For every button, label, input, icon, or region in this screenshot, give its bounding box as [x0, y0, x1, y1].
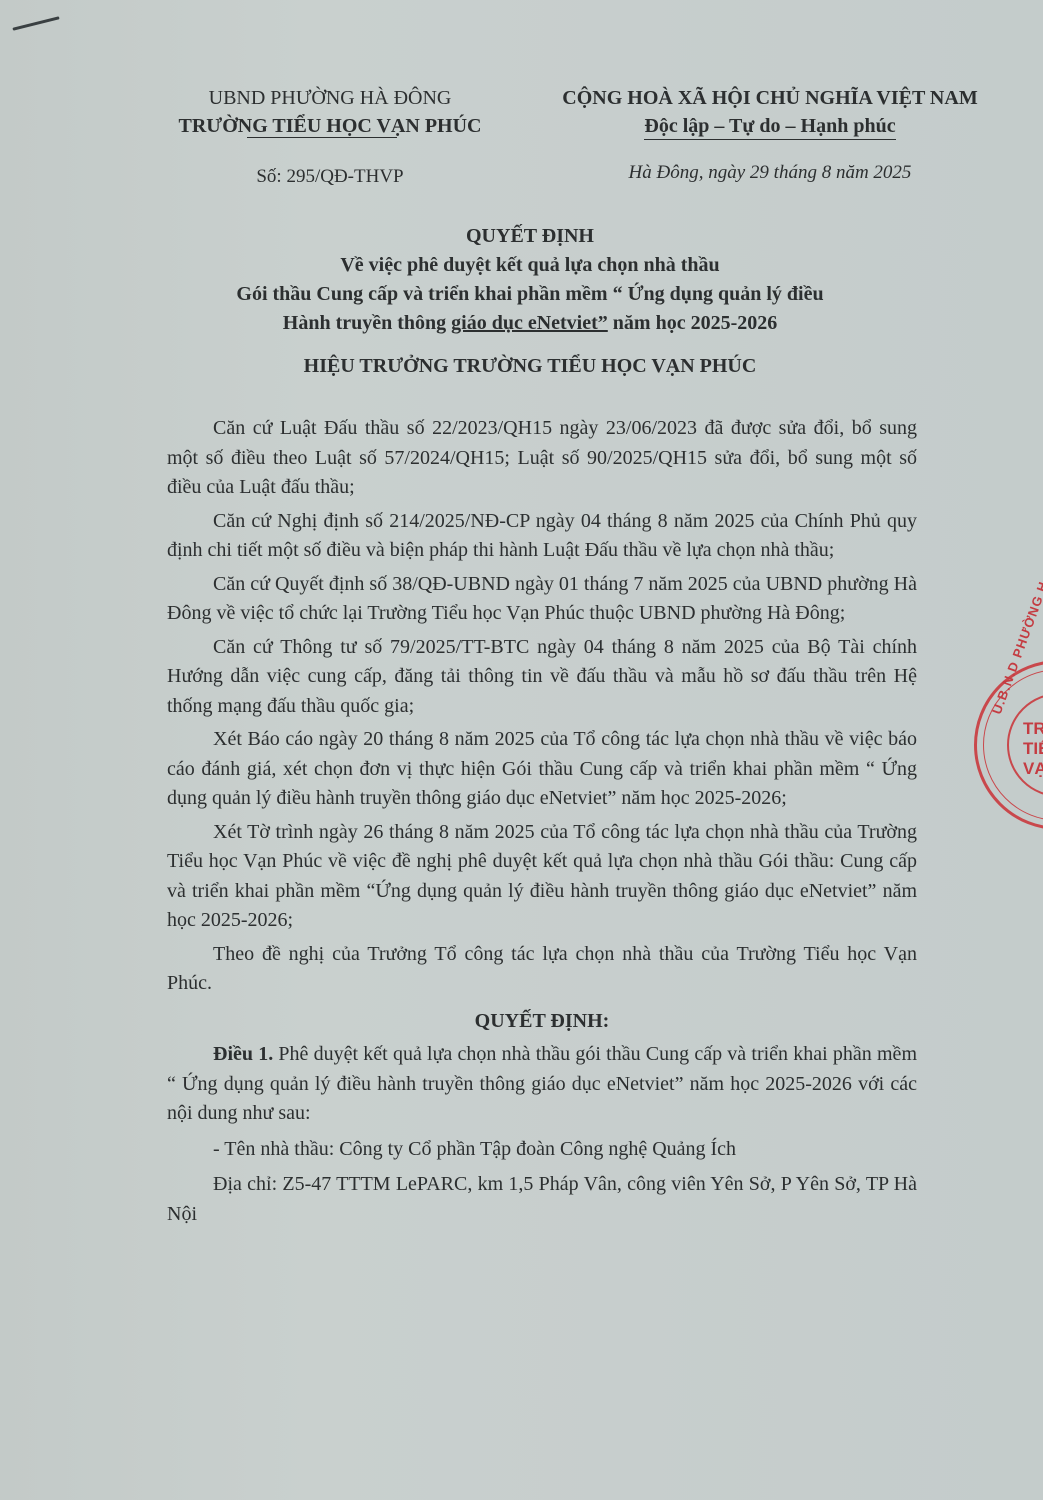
- stamp-line: TR: [1023, 719, 1043, 739]
- stamp-inner-text: TR TIẾ VẠ: [1023, 719, 1043, 779]
- legal-basis-paragraph: Căn cứ Quyết định số 38/QĐ-UBND ngày 01 …: [167, 570, 917, 629]
- issuing-authority-block: UBND PHƯỜNG HÀ ĐÔNG TRƯỜNG TIỂU HỌC VẠN …: [110, 84, 550, 191]
- subject-line-3-pre: Hành truyền thông: [283, 312, 451, 334]
- school-name: TRƯỜNG TIỂU HỌC VẠN PHÚC: [110, 112, 550, 140]
- subject-line-3-post: năm học 2025-2026: [608, 312, 777, 334]
- place-date: Hà Đông, ngày 29 tháng 8 năm 2025: [505, 159, 1035, 187]
- school-name-underline: [247, 137, 397, 138]
- document-number: Số: 295/QĐ-THVP: [110, 163, 550, 191]
- legal-basis-paragraph: Căn cứ Luật Đấu thầu số 22/2023/QH15 ngà…: [167, 414, 917, 503]
- decision-heading: QUYẾT ĐỊNH:: [167, 1007, 917, 1037]
- consideration-paragraph: Xét Tờ trình ngày 26 tháng 8 năm 2025 củ…: [167, 818, 917, 936]
- article-1: Điều 1. Phê duyệt kết quả lựa chọn nhà t…: [167, 1040, 917, 1129]
- nation-name: CỘNG HOÀ XÃ HỘI CHỦ NGHĨA VIỆT NAM: [505, 84, 1035, 112]
- official-seal-stamp: U.B.N.D PHƯỜNG H TR TIẾ VẠ: [974, 660, 1043, 830]
- contractor-address: Địa chỉ: Z5-47 TTTM LePARC, km 1,5 Pháp …: [167, 1170, 917, 1229]
- proposal-paragraph: Theo đề nghị của Trưởng Tổ công tác lựa …: [167, 940, 917, 999]
- stamp-line: VẠ: [1023, 759, 1043, 779]
- consideration-paragraph: Xét Báo cáo ngày 20 tháng 8 năm 2025 của…: [167, 725, 917, 814]
- article-1-text: Phê duyệt kết quả lựa chọn nhà thầu gói …: [167, 1043, 917, 1124]
- stamp-arc-text: U.B.N.D PHƯỜNG H: [989, 579, 1043, 716]
- issuer-title: HIỆU TRƯỞNG TRƯỜNG TIỂU HỌC VẠN PHÚC: [130, 352, 930, 381]
- document-title-block: QUYẾT ĐỊNH Về việc phê duyệt kết quả lựa…: [130, 222, 930, 381]
- stamp-line: TIẾ: [1023, 739, 1043, 759]
- subject-line-3: Hành truyền thông giáo dục eNetviet” năm…: [130, 309, 930, 338]
- legal-basis-paragraph: Căn cứ Thông tư số 79/2025/TT-BTC ngày 0…: [167, 633, 917, 722]
- document-type: QUYẾT ĐỊNH: [130, 222, 930, 251]
- national-motto: Độc lập – Tự do – Hạnh phúc: [644, 114, 895, 140]
- article-1-label: Điều 1.: [213, 1043, 273, 1065]
- national-header-block: CỘNG HOÀ XÃ HỘI CHỦ NGHĨA VIỆT NAM Độc l…: [505, 84, 1035, 187]
- subject-line-3-underlined: giáo dục eNetviet”: [451, 312, 608, 334]
- agency-name: UBND PHƯỜNG HÀ ĐÔNG: [110, 84, 550, 112]
- pen-mark: [12, 16, 59, 31]
- legal-basis-paragraph: Căn cứ Nghị định số 214/2025/NĐ-CP ngày …: [167, 507, 917, 566]
- subject-line-1: Về việc phê duyệt kết quả lựa chọn nhà t…: [130, 251, 930, 280]
- document-body: Căn cứ Luật Đấu thầu số 22/2023/QH15 ngà…: [167, 414, 917, 1233]
- subject-line-2: Gói thầu Cung cấp và triển khai phần mềm…: [130, 280, 930, 309]
- contractor-name: - Tên nhà thầu: Công ty Cổ phần Tập đoàn…: [167, 1135, 917, 1165]
